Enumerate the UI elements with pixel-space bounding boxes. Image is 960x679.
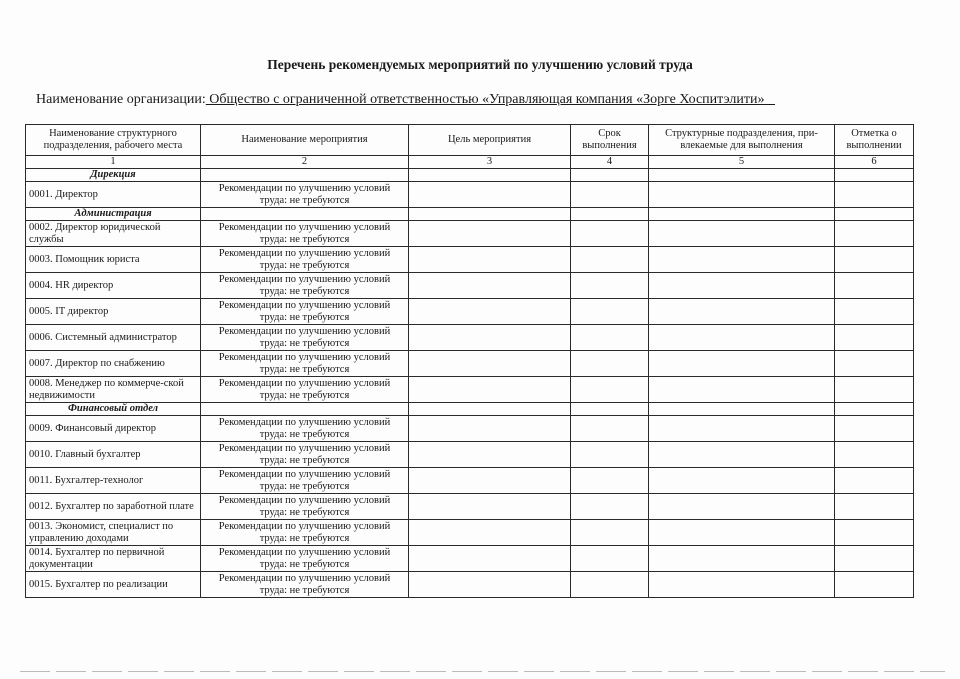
table-row: 0003. Помощник юристаРекомендации по улу…	[26, 247, 914, 273]
measure-name: Рекомендации по улучшению условий труда:…	[201, 572, 409, 598]
header-goal: Цель мероприятия	[409, 125, 571, 156]
measure-name: Рекомендации по улучшению условий труда:…	[201, 351, 409, 377]
table-row: 0010. Главный бухгалтерРекомендации по у…	[26, 442, 914, 468]
table-row: 0001. ДиректорРекомендации по улучшению …	[26, 182, 914, 208]
goal-cell	[409, 299, 571, 325]
completion-mark-cell	[835, 546, 914, 572]
completion-mark-cell	[835, 416, 914, 442]
completion-mark-cell	[835, 494, 914, 520]
measure-name: Рекомендации по улучшению условий труда:…	[201, 468, 409, 494]
completion-mark-cell	[835, 468, 914, 494]
departments-cell	[649, 442, 835, 468]
completion-mark-cell	[835, 520, 914, 546]
deadline-cell	[571, 247, 649, 273]
table-row: 0009. Финансовый директорРекомендации по…	[26, 416, 914, 442]
group-name: Администрация	[26, 208, 201, 221]
position-name: 0010. Главный бухгалтер	[26, 442, 201, 468]
group-name: Финансовый отдел	[26, 403, 201, 416]
completion-mark-cell	[835, 325, 914, 351]
position-name: 0011. Бухгалтер-технолог	[26, 468, 201, 494]
position-name: 0009. Финансовый директор	[26, 416, 201, 442]
departments-cell	[649, 468, 835, 494]
position-name: 0006. Системный администратор	[26, 325, 201, 351]
completion-mark-cell	[835, 247, 914, 273]
completion-mark-cell	[835, 273, 914, 299]
empty-cell	[835, 169, 914, 182]
empty-cell	[649, 403, 835, 416]
table-row: 0005. IT директорРекомендации по улучшен…	[26, 299, 914, 325]
column-number: 1	[26, 156, 201, 169]
departments-cell	[649, 416, 835, 442]
position-name: 0014. Бухгалтер по первичной документаци…	[26, 546, 201, 572]
goal-cell	[409, 572, 571, 598]
position-name: 0002. Директор юридической службы	[26, 221, 201, 247]
departments-cell	[649, 182, 835, 208]
measure-name: Рекомендации по улучшению условий труда:…	[201, 182, 409, 208]
position-name: 0005. IT директор	[26, 299, 201, 325]
deadline-cell	[571, 468, 649, 494]
goal-cell	[409, 221, 571, 247]
column-number: 2	[201, 156, 409, 169]
header-departments: Структурные подразделения, при-влекаемые…	[649, 125, 835, 156]
departments-cell	[649, 377, 835, 403]
completion-mark-cell	[835, 299, 914, 325]
goal-cell	[409, 520, 571, 546]
completion-mark-cell	[835, 442, 914, 468]
deadline-cell	[571, 546, 649, 572]
goal-cell	[409, 273, 571, 299]
goal-cell	[409, 377, 571, 403]
document-title: Перечень рекомендуемых мероприятий по ул…	[0, 57, 960, 73]
empty-cell	[571, 208, 649, 221]
empty-cell	[409, 208, 571, 221]
group-row: Финансовый отдел	[26, 403, 914, 416]
table-row: 0007. Директор по снабжениюРекомендации …	[26, 351, 914, 377]
table-row: 0015. Бухгалтер по реализацииРекомендаци…	[26, 572, 914, 598]
deadline-cell	[571, 221, 649, 247]
header-unit: Наименование структурного подразделения,…	[26, 125, 201, 156]
position-name: 0003. Помощник юриста	[26, 247, 201, 273]
deadline-cell	[571, 325, 649, 351]
empty-cell	[201, 403, 409, 416]
departments-cell	[649, 325, 835, 351]
empty-cell	[835, 403, 914, 416]
departments-cell	[649, 221, 835, 247]
departments-cell	[649, 273, 835, 299]
completion-mark-cell	[835, 572, 914, 598]
organization-line: Наименование организации: Общество с огр…	[36, 92, 775, 108]
empty-cell	[201, 208, 409, 221]
table-row: 0012. Бухгалтер по заработной платеРеком…	[26, 494, 914, 520]
position-name: 0013. Экономист, специалист по управлени…	[26, 520, 201, 546]
deadline-cell	[571, 273, 649, 299]
header-measure: Наименование мероприятия	[201, 125, 409, 156]
table-body: Дирекция0001. ДиректорРекомендации по ул…	[26, 169, 914, 598]
empty-cell	[409, 169, 571, 182]
table-row: 0013. Экономист, специалист по управлени…	[26, 520, 914, 546]
table-row: 0002. Директор юридической службыРекомен…	[26, 221, 914, 247]
header-mark: Отметка о выполнении	[835, 125, 914, 156]
deadline-cell	[571, 299, 649, 325]
deadline-cell	[571, 351, 649, 377]
measure-name: Рекомендации по улучшению условий труда:…	[201, 221, 409, 247]
measure-name: Рекомендации по улучшению условий труда:…	[201, 299, 409, 325]
position-name: 0012. Бухгалтер по заработной плате	[26, 494, 201, 520]
goal-cell	[409, 247, 571, 273]
measure-name: Рекомендации по улучшению условий труда:…	[201, 520, 409, 546]
position-name: 0007. Директор по снабжению	[26, 351, 201, 377]
deadline-cell	[571, 442, 649, 468]
column-number: 3	[409, 156, 571, 169]
empty-cell	[571, 169, 649, 182]
departments-cell	[649, 351, 835, 377]
group-row: Дирекция	[26, 169, 914, 182]
completion-mark-cell	[835, 351, 914, 377]
measure-name: Рекомендации по улучшению условий труда:…	[201, 247, 409, 273]
departments-cell	[649, 494, 835, 520]
measure-name: Рекомендации по улучшению условий труда:…	[201, 442, 409, 468]
position-name: 0008. Менеджер по коммерче-ской недвижим…	[26, 377, 201, 403]
deadline-cell	[571, 416, 649, 442]
measure-name: Рекомендации по улучшению условий труда:…	[201, 546, 409, 572]
empty-cell	[649, 208, 835, 221]
deadline-cell	[571, 494, 649, 520]
completion-mark-cell	[835, 221, 914, 247]
goal-cell	[409, 182, 571, 208]
empty-cell	[571, 403, 649, 416]
position-name: 0004. HR директор	[26, 273, 201, 299]
measure-name: Рекомендации по улучшению условий труда:…	[201, 494, 409, 520]
goal-cell	[409, 351, 571, 377]
measures-table: Наименование структурного подразделения,…	[25, 124, 914, 598]
departments-cell	[649, 299, 835, 325]
group-name: Дирекция	[26, 169, 201, 182]
column-number: 5	[649, 156, 835, 169]
goal-cell	[409, 325, 571, 351]
departments-cell	[649, 247, 835, 273]
measure-name: Рекомендации по улучшению условий труда:…	[201, 377, 409, 403]
deadline-cell	[571, 572, 649, 598]
departments-cell	[649, 546, 835, 572]
goal-cell	[409, 416, 571, 442]
table-row: 0014. Бухгалтер по первичной документаци…	[26, 546, 914, 572]
header-row: Наименование структурного подразделения,…	[26, 125, 914, 156]
column-number: 4	[571, 156, 649, 169]
completion-mark-cell	[835, 377, 914, 403]
departments-cell	[649, 572, 835, 598]
empty-cell	[409, 403, 571, 416]
header-deadline: Срок выполнения	[571, 125, 649, 156]
goal-cell	[409, 442, 571, 468]
position-name: 0001. Директор	[26, 182, 201, 208]
table-row: 0008. Менеджер по коммерче-ской недвижим…	[26, 377, 914, 403]
deadline-cell	[571, 520, 649, 546]
organization-name: Общество с ограниченной ответственностью…	[206, 92, 775, 107]
goal-cell	[409, 546, 571, 572]
empty-cell	[649, 169, 835, 182]
empty-cell	[835, 208, 914, 221]
goal-cell	[409, 494, 571, 520]
scan-artifact-line	[20, 671, 945, 672]
column-number: 6	[835, 156, 914, 169]
measure-name: Рекомендации по улучшению условий труда:…	[201, 416, 409, 442]
deadline-cell	[571, 182, 649, 208]
completion-mark-cell	[835, 182, 914, 208]
measure-name: Рекомендации по улучшению условий труда:…	[201, 273, 409, 299]
departments-cell	[649, 520, 835, 546]
table-row: 0006. Системный администраторРекомендаци…	[26, 325, 914, 351]
column-number-row: 1 2 3 4 5 6	[26, 156, 914, 169]
group-row: Администрация	[26, 208, 914, 221]
organization-label: Наименование организации:	[36, 92, 206, 107]
goal-cell	[409, 468, 571, 494]
table-row: 0004. HR директорРекомендации по улучшен…	[26, 273, 914, 299]
table-row: 0011. Бухгалтер-технологРекомендации по …	[26, 468, 914, 494]
empty-cell	[201, 169, 409, 182]
measure-name: Рекомендации по улучшению условий труда:…	[201, 325, 409, 351]
position-name: 0015. Бухгалтер по реализации	[26, 572, 201, 598]
deadline-cell	[571, 377, 649, 403]
